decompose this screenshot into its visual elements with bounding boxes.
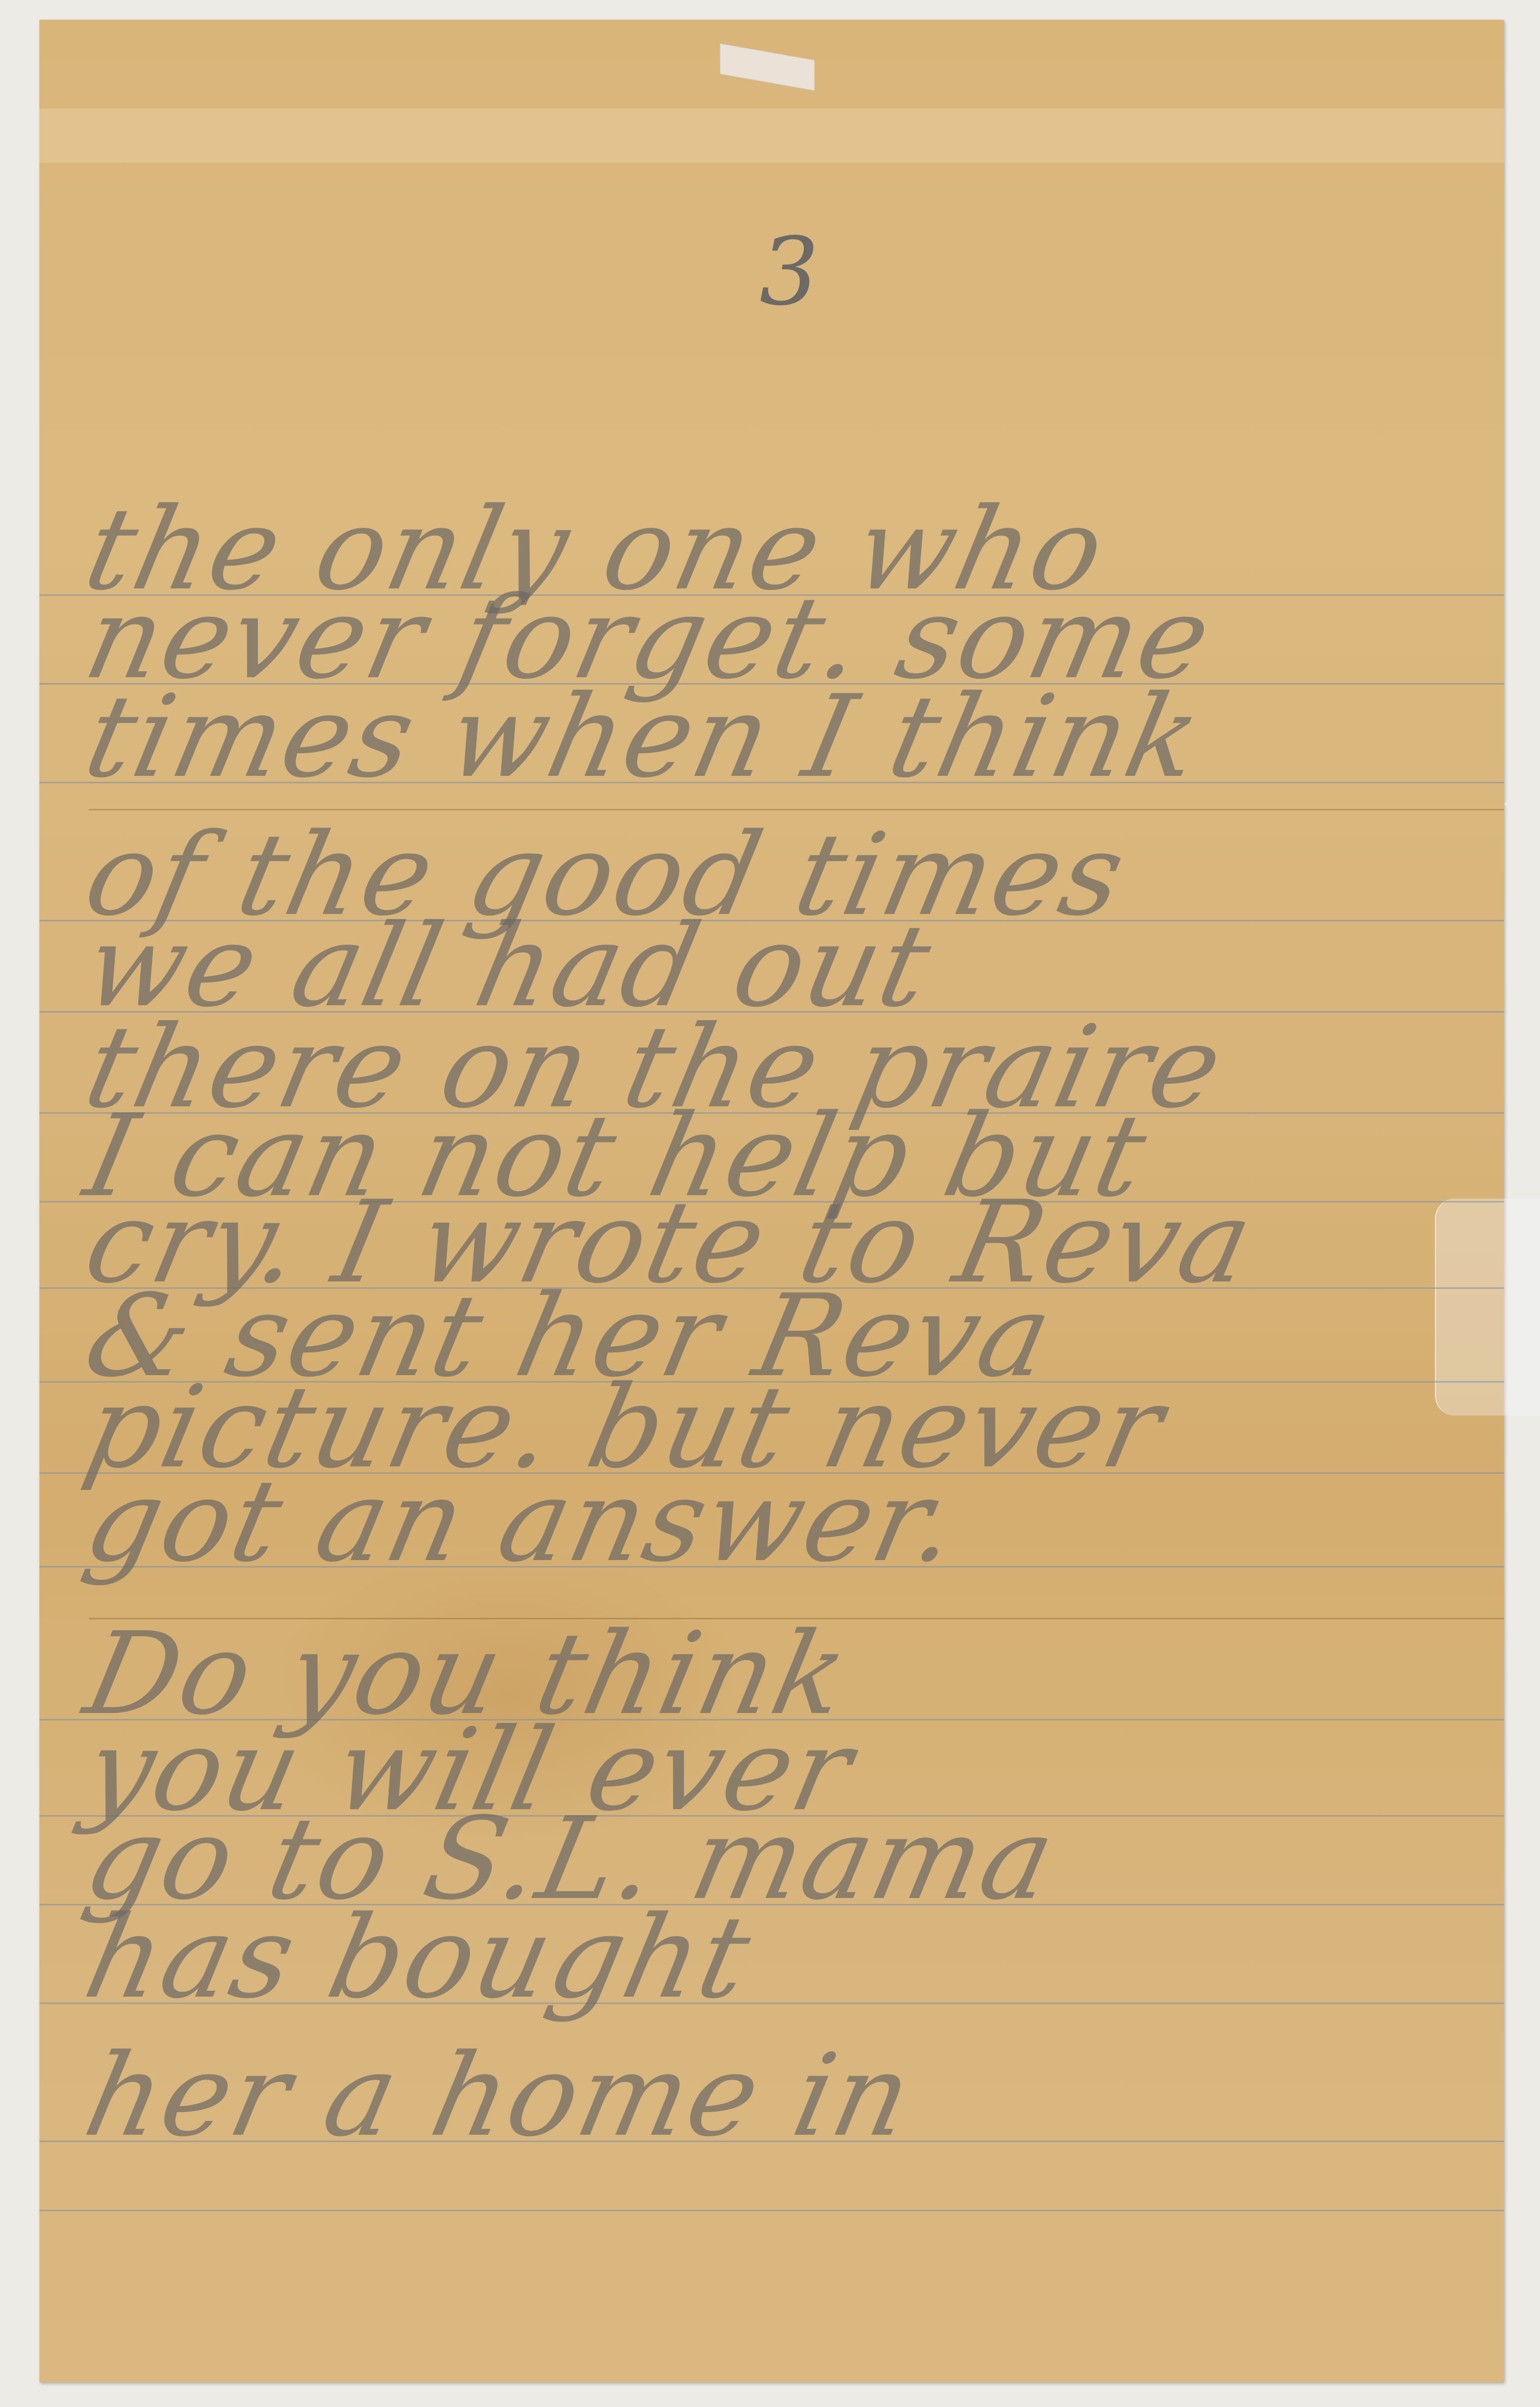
tape-strip-top (720, 43, 815, 91)
tape-strip-right (1435, 1199, 1540, 1416)
text-line: times when I think (77, 681, 1211, 794)
letter-page: 3 the only one who never forget. some ti… (39, 20, 1504, 2382)
torn-edge-notch (1504, 769, 1540, 839)
ruled-line (39, 2210, 1504, 2211)
text-line: her a home in (77, 2040, 922, 2153)
text-line: got an answer. (77, 1465, 969, 1578)
text-line: has bought (77, 1901, 761, 2015)
page-number: 3 (759, 217, 819, 326)
